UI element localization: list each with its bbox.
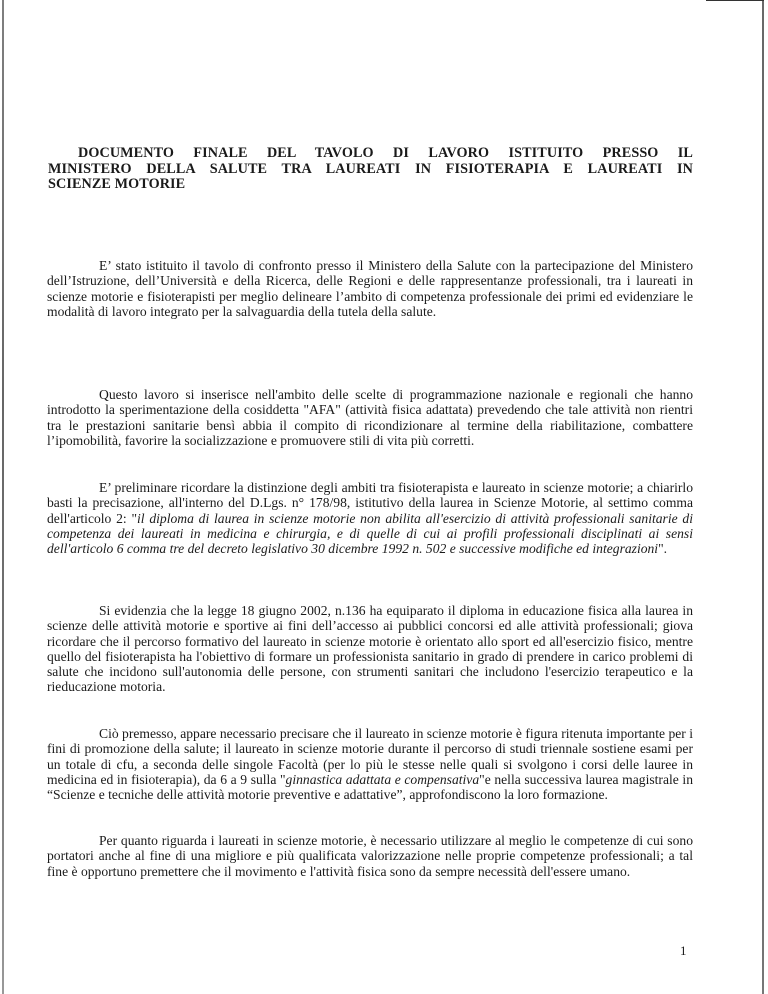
- paragraph-6-text: Per quanto riguarda i laureati in scienz…: [47, 833, 693, 879]
- paragraph-2: Questo lavoro si inserisce nell'ambito d…: [47, 387, 693, 448]
- title-line-2: MINISTERO DELLA SALUTE TRA LAUREATI IN F…: [48, 162, 693, 178]
- paragraph-5-italic: ginnastica adattata e compensativa: [286, 772, 480, 787]
- document-title: DOCUMENTO FINALE DEL TAVOLO DI LAVORO IS…: [48, 146, 693, 193]
- paragraph-3-quote: il diploma di laurea in scienze motorie …: [47, 511, 693, 557]
- scan-edge-right: [762, 0, 764, 994]
- paragraph-3: E’ preliminare ricordare la distinzione …: [47, 480, 693, 556]
- paragraph-1-text: E’ stato istituito il tavolo di confront…: [47, 258, 693, 319]
- page-number: 1: [680, 943, 687, 959]
- title-line-1: DOCUMENTO FINALE DEL TAVOLO DI LAVORO IS…: [48, 146, 693, 162]
- paragraph-5: Ciò premesso, appare necessario precisar…: [47, 726, 693, 802]
- scan-edge-left: [2, 0, 4, 994]
- paragraph-4-text: Si evidenzia che la legge 18 giugno 2002…: [47, 603, 693, 694]
- paragraph-3-end: ".: [658, 541, 667, 556]
- title-line-3: SCIENZE MOTORIE: [48, 177, 693, 193]
- paragraph-4: Si evidenzia che la legge 18 giugno 2002…: [47, 603, 693, 695]
- document-page: DOCUMENTO FINALE DEL TAVOLO DI LAVORO IS…: [0, 0, 768, 994]
- paragraph-1: E’ stato istituito il tavolo di confront…: [47, 258, 693, 319]
- paragraph-2-text: Questo lavoro si inserisce nell'ambito d…: [47, 387, 693, 448]
- scan-edge-top: [706, 0, 764, 1]
- paragraph-6: Per quanto riguarda i laureati in scienz…: [47, 833, 693, 879]
